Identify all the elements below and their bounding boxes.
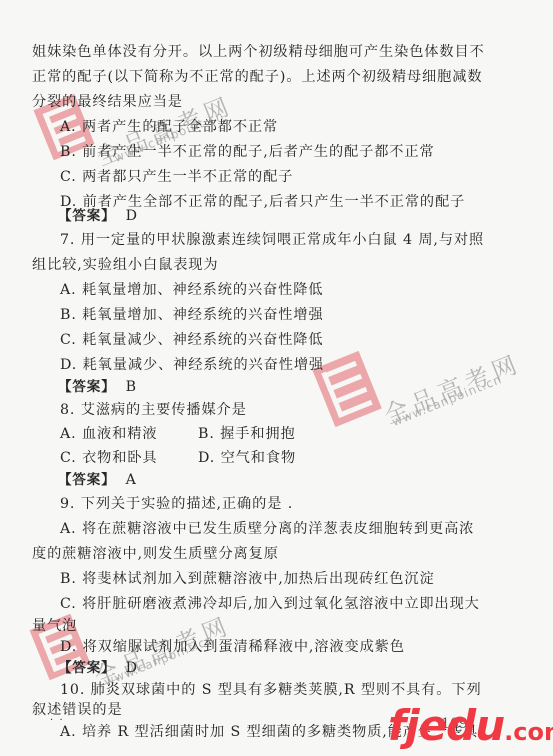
q10-stem-line-2: 叙述错误的是 [32,700,123,720]
q9-answer-row: 【答案】D [58,658,138,678]
q8-answer-row: 【答案】A [58,470,137,490]
brand-name: fjedu [388,701,504,750]
q6-stem-line-2: 正常的配子(以下简称为不正常的配子)。上述两个初级精母细胞减数 [32,67,482,87]
q7-stem-line-1: 7. 用一定量的甲状腺激素连续饲喂正常成年小白鼠 4 周,与对照 [60,230,484,250]
q9-stem: 9. 下列关于实验的描述,正确的是 . [60,494,293,514]
q8-option-b: B. 握手和拥抱 [198,424,296,444]
answer-value: B [126,379,137,395]
q8-option-a: A. 血液和精液 [60,424,157,444]
q6-stem-line-3: 分裂的最终结果应当是 [32,92,183,112]
answer-label: 【答案】 [58,472,116,488]
q6-option-c: C. 两者都只产生一半不正常的配子 [60,167,293,187]
q8-stem: 8. 艾滋病的主要传播媒介是 [60,400,247,420]
answer-label: 【答案】 [58,660,116,676]
q6-answer-row: 【答案】D [58,206,138,226]
q7-option-c: C. 耗氧量减少、神经系统的兴奋性降低 [60,330,323,350]
q10-stem-line-1: 10. 肺炎双球菌中的 S 型具有多糖类荚膜,R 型则不具有。下列 [60,680,482,700]
q9-option-b: B. 将斐林试剂加入到蔗糖溶液中,加热后出现砖红色沉淀 [60,569,435,589]
answer-label: 【答案】 [58,379,116,395]
answer-value: A [126,472,137,488]
q7-option-a: A. 耗氧量增加、神经系统的兴奋性降低 [60,280,323,300]
q9-option-d: D. 将双缩脲试剂加入到蛋清稀释液中,溶液变成紫色 [60,637,405,657]
q7-stem-line-2: 组比较,实验组小白鼠表现为 [32,255,218,275]
q9-option-c-line-2: 量气泡 [32,616,77,636]
q7-option-b: B. 耗氧量增加、神经系统的兴奋性增强 [60,305,324,325]
scanned-page: 全品高考网 www.canpoint.cn 全品高考网 www.canpoint… [0,0,553,756]
q6-option-b: B. 前者产生一半不正常的配子,后者产生的配子都不正常 [60,142,435,162]
q7-option-d: D. 耗氧量减少、神经系统的兴奋性增强 [60,355,324,375]
q6-stem-line-1: 姐妹染色单体没有分开。以上两个初级精母细胞可产生染色体数目不 [32,42,485,62]
q9-option-a-line-2: 度的蔗糖溶液中,则发生质壁分离复原 [32,544,279,564]
answer-value: D [126,660,138,676]
q9-option-a-line-1: A. 将在蔗糖溶液中已发生质壁分离的洋葱表皮细胞转到更高浓 [60,519,474,539]
q8-option-c: C. 衣物和卧具 [60,448,158,468]
q9-option-c-line-1: C. 将肝脏研磨液煮沸冷却后,加入到过氧化氢溶液中立即出现大 [60,594,480,614]
q8-option-d: D. 空气和食物 [198,448,296,468]
brand-domain: .com [504,718,553,746]
q7-answer-row: 【答案】B [58,377,137,397]
answer-value: D [126,208,138,224]
answer-label: 【答案】 [58,208,116,224]
fjedu-logo: fjedu.com [388,704,553,754]
q6-option-a: A. 两者产生的配子全部都不正常 [60,117,278,137]
